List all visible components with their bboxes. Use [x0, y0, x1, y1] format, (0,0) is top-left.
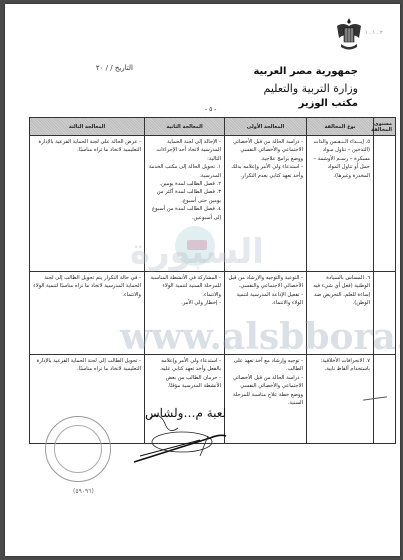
- treatment-item: ١. تحويل الحالة إلى مكتب الخدمة المدرسية…: [148, 163, 221, 180]
- table-header-row: مستوى المخالفة نوع المخالفة المعالجة الأ…: [30, 118, 396, 136]
- violations-table: مستوى المخالفة نوع المخالفة المعالجة الأ…: [29, 117, 396, 444]
- cell-level: [374, 272, 396, 355]
- treatment-item: - تفعيل الإذاعة المدرسية لتنمية الولاء و…: [228, 291, 303, 308]
- cell-type: ٥. إيـــذاء الـنـفـس والذات (التدخين – ت…: [307, 136, 374, 272]
- treatment-item: - عرض الحالة على لجنة الحماية الفرعية با…: [33, 138, 141, 155]
- cell-type: ٦. المساس بالسيادة الوطنية (فعل أي شيء ف…: [307, 272, 374, 355]
- column-header-level: مستوى المخالفة: [374, 118, 396, 136]
- column-header-stage3: المعالجة الثالثة: [30, 118, 145, 136]
- treatment-item: - توجيه وإرشاد مع أخذ تعهد على الطالب.: [228, 357, 303, 374]
- treatment-item: ٢. فصل الطالب لمدة يومين.: [148, 180, 221, 188]
- treatment-item: ٣. فصل الطالب لمدة أكثر من يومين حتى أسب…: [148, 188, 221, 205]
- treatment-item: - إخطار ولي الأمر.: [148, 299, 221, 307]
- treatment-item: ٤. فصل الطالب لمدة من أسبوع إلى أسبوعين.: [148, 205, 221, 222]
- corner-mark: ٢ . ١ . ١: [365, 30, 383, 36]
- cell-stage1: - التوعية والتوجيه والإرشاد من قبل الأخص…: [225, 272, 307, 355]
- table-row: ٥. إيـــذاء الـنـفـس والذات (التدخين – ت…: [30, 136, 396, 272]
- page-number: - ٥ -: [205, 106, 216, 113]
- stamp-code: (٥٩٠٩٦): [73, 488, 94, 495]
- treatment-item: - دراسة الحالة من قبل الأخصائي الاجتماعي…: [228, 374, 303, 408]
- official-stamp-icon: [45, 416, 111, 482]
- treatment-item: - دراسة الحالة من قبل الأخصائي الاجتماعي…: [228, 138, 303, 163]
- cell-stage3: - عرض الحالة على لجنة الحماية الفرعية با…: [30, 136, 145, 272]
- treatment-item: - المشاركة في الأنشطة المناسبة للمرحلة ا…: [148, 274, 221, 299]
- date-field: التاريخ / / ٢٠: [43, 64, 133, 72]
- column-header-stage2: المعالجة الثانية: [145, 118, 225, 136]
- cell-level: [374, 355, 396, 444]
- office-title: مكتب الوزير: [299, 98, 358, 109]
- country-title: جمهورية مصر العربية: [253, 66, 358, 77]
- table-row: ٦. المساس بالسيادة الوطنية (فعل أي شيء ف…: [30, 272, 396, 355]
- treatment-item: - استدعاء ولي الأمر وإعلامه بالفعل وأخذ …: [148, 357, 221, 374]
- treatment-item: - التوعية والتوجيه والإرشاد من قبل الأخص…: [228, 274, 303, 291]
- cell-stage2: - المشاركة في الأنشطة المناسبة للمرحلة ا…: [145, 272, 225, 355]
- ministry-title: وزارة التربية والتعليم: [264, 82, 358, 95]
- treatment-item: - حرمان الطالب من بعض الأنشطة المدرسية م…: [148, 374, 221, 391]
- treatment-item: - استدعاء ولي الأمر وإعلامه بذلك وأخذ تع…: [228, 163, 303, 180]
- treatment-item: - تحويل الطالب إلى لجنة الحماية الفرعية …: [33, 357, 141, 374]
- document-page: ٢ . ١ . ١ جمهورية مصر العربية وزارة التر…: [5, 4, 400, 556]
- column-header-type: نوع المخالفة: [307, 118, 374, 136]
- column-header-stage1: المعالجة الأولى: [225, 118, 307, 136]
- cell-stage2: - الإحالة إلى لجنة الحماية المدرسية لاتخ…: [145, 136, 225, 272]
- cell-stage3: - في حالة التكرار يتم تحويل الطالب إلى ل…: [30, 272, 145, 355]
- egypt-eagle-emblem-icon: [335, 16, 363, 52]
- treatment-item: - الإحالة إلى لجنة الحماية المدرسية لاتخ…: [148, 138, 221, 163]
- cell-stage1: - دراسة الحالة من قبل الأخصائي الاجتماعي…: [225, 136, 307, 272]
- signature-text: لعبة م…ولشاس: [145, 406, 226, 420]
- treatment-item: - في حالة التكرار يتم تحويل الطالب إلى ل…: [33, 274, 141, 299]
- cell-level: [374, 136, 396, 272]
